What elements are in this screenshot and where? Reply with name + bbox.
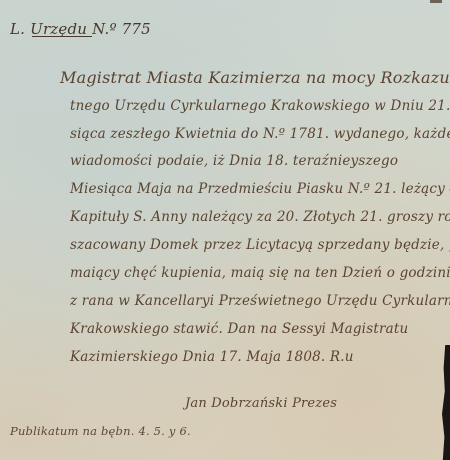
header-underline (32, 36, 92, 37)
text-line: siąca zeszłego Kwietnia do N.º 1781. wyd… (70, 126, 450, 142)
signature: Jan Dobrzański Prezes (185, 396, 337, 411)
text-line: Krakowskiego stawić. Dan na Sessyi Magis… (70, 321, 408, 337)
text-line: tnego Urzędu Cyrkularnego Krakowskiego w… (70, 98, 450, 114)
document-page: L. Urzędu N.º 775 Magistrat Miasta Kazim… (0, 0, 450, 460)
text-line: maiący chęć kupienia, maią się na ten Dz… (70, 265, 450, 281)
text-line: z rana w Kancellaryi Prześwietnego Urzęd… (70, 293, 450, 309)
text-line: szacowany Domek przez Licytacyą sprzedan… (70, 237, 450, 253)
text-line: Kapituły S. Anny należący za 20. Złotych… (70, 209, 450, 225)
text-line: Magistrat Miasta Kazimierza na mocy Rozk… (60, 68, 450, 87)
corner-mark (430, 0, 442, 3)
text-line: Miesiąca Maja na Przedmieściu Piasku N.º… (70, 181, 450, 197)
torn-page-edge (442, 345, 450, 460)
publication-note: Publikatum na bębn. 4. 5. y 6. (10, 424, 191, 438)
text-line: Kazimierskiego Dnia 17. Maja 1808. R.u (70, 349, 354, 365)
text-line: wiadomości podaie, iż Dnia 18. teraźniey… (70, 153, 398, 169)
